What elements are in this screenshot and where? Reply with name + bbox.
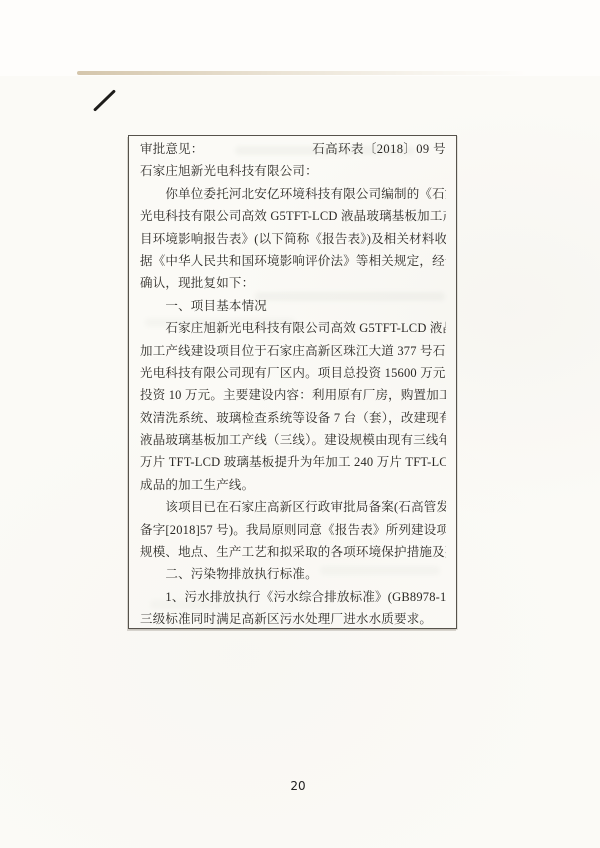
document-line: 光电科技有限公司现有厂区内。项目总投资 15600 万元，其中环保 — [140, 362, 446, 384]
document-line: 你单位委托河北安亿环境科技有限公司编制的《石家庄旭新 — [140, 183, 446, 205]
document-line: 石家庄旭新光电科技有限公司高效 G5TFT-LCD 液晶玻璃基板 — [140, 317, 446, 339]
approval-opinion-label: 审批意见： — [140, 138, 204, 160]
document-line: 万片 TFT-LCD 玻璃基板提升为年加工 240 万片 TFT-LCD 玻璃基… — [140, 451, 446, 473]
document-line: 三级标准同时满足高新区污水处理厂进水水质要求。 — [140, 608, 446, 630]
document-line: 成品的加工生产线。 — [140, 474, 446, 496]
box-header-row: 审批意见： 石高环表〔2018〕09 号 — [140, 138, 446, 160]
document-line: 规模、地点、生产工艺和拟采取的各项环境保护措施及要求。 — [140, 541, 446, 563]
document-line: 光电科技有限公司高效 G5TFT-LCD 液晶玻璃基板加工产线建设项 — [140, 205, 446, 227]
page-number: 20 — [286, 779, 310, 793]
document-lines: 石家庄旭新光电科技有限公司： 你单位委托河北安亿环境科技有限公司编制的《石家庄旭… — [140, 160, 446, 630]
document-line: 一、项目基本情况 — [140, 295, 446, 317]
document-line: 效清洗系统、玻璃检查系统等设备 7 台（套），改建现有一条 G5 — [140, 407, 446, 429]
document-line: 加工产线建设项目位于石家庄高新区珠江大道 377 号石家庄旭新 — [140, 340, 446, 362]
approval-opinion-box: 审批意见： 石高环表〔2018〕09 号 石家庄旭新光电科技有限公司： 你单位委… — [128, 135, 457, 629]
document-line: 石家庄旭新光电科技有限公司： — [140, 160, 446, 182]
document-line: 确认，现批复如下： — [140, 272, 446, 294]
document-line: 液晶玻璃基板加工产线（三线）。建设规模由现有三线年加工 125 — [140, 429, 446, 451]
document-line: 1、污水排放执行《污水综合排放标准》(GB8978-1996)表 4 — [140, 586, 446, 608]
document-line: 该项目已在石家庄高新区行政审批局备案(石高管发改投资 — [140, 496, 446, 518]
document-number: 石高环表〔2018〕09 号 — [312, 138, 446, 160]
document-line: 目环境影响报告表》(以下简称《报告表》)及相关材料收悉，根 — [140, 228, 446, 250]
document-line: 据《中华人民共和国环境影响评价法》等相关规定，经专家审核 — [140, 250, 446, 272]
document-line: 投资 10 万元。主要建设内容：利用原有厂房，购置加工系统、高 — [140, 384, 446, 406]
paper-top-edge — [77, 71, 527, 75]
document-line: 备字[2018]57 号)。我局原则同意《报告表》所列建设项目的性质、 — [140, 519, 446, 541]
document-line: 二、污染物排放执行标准。 — [140, 563, 446, 585]
